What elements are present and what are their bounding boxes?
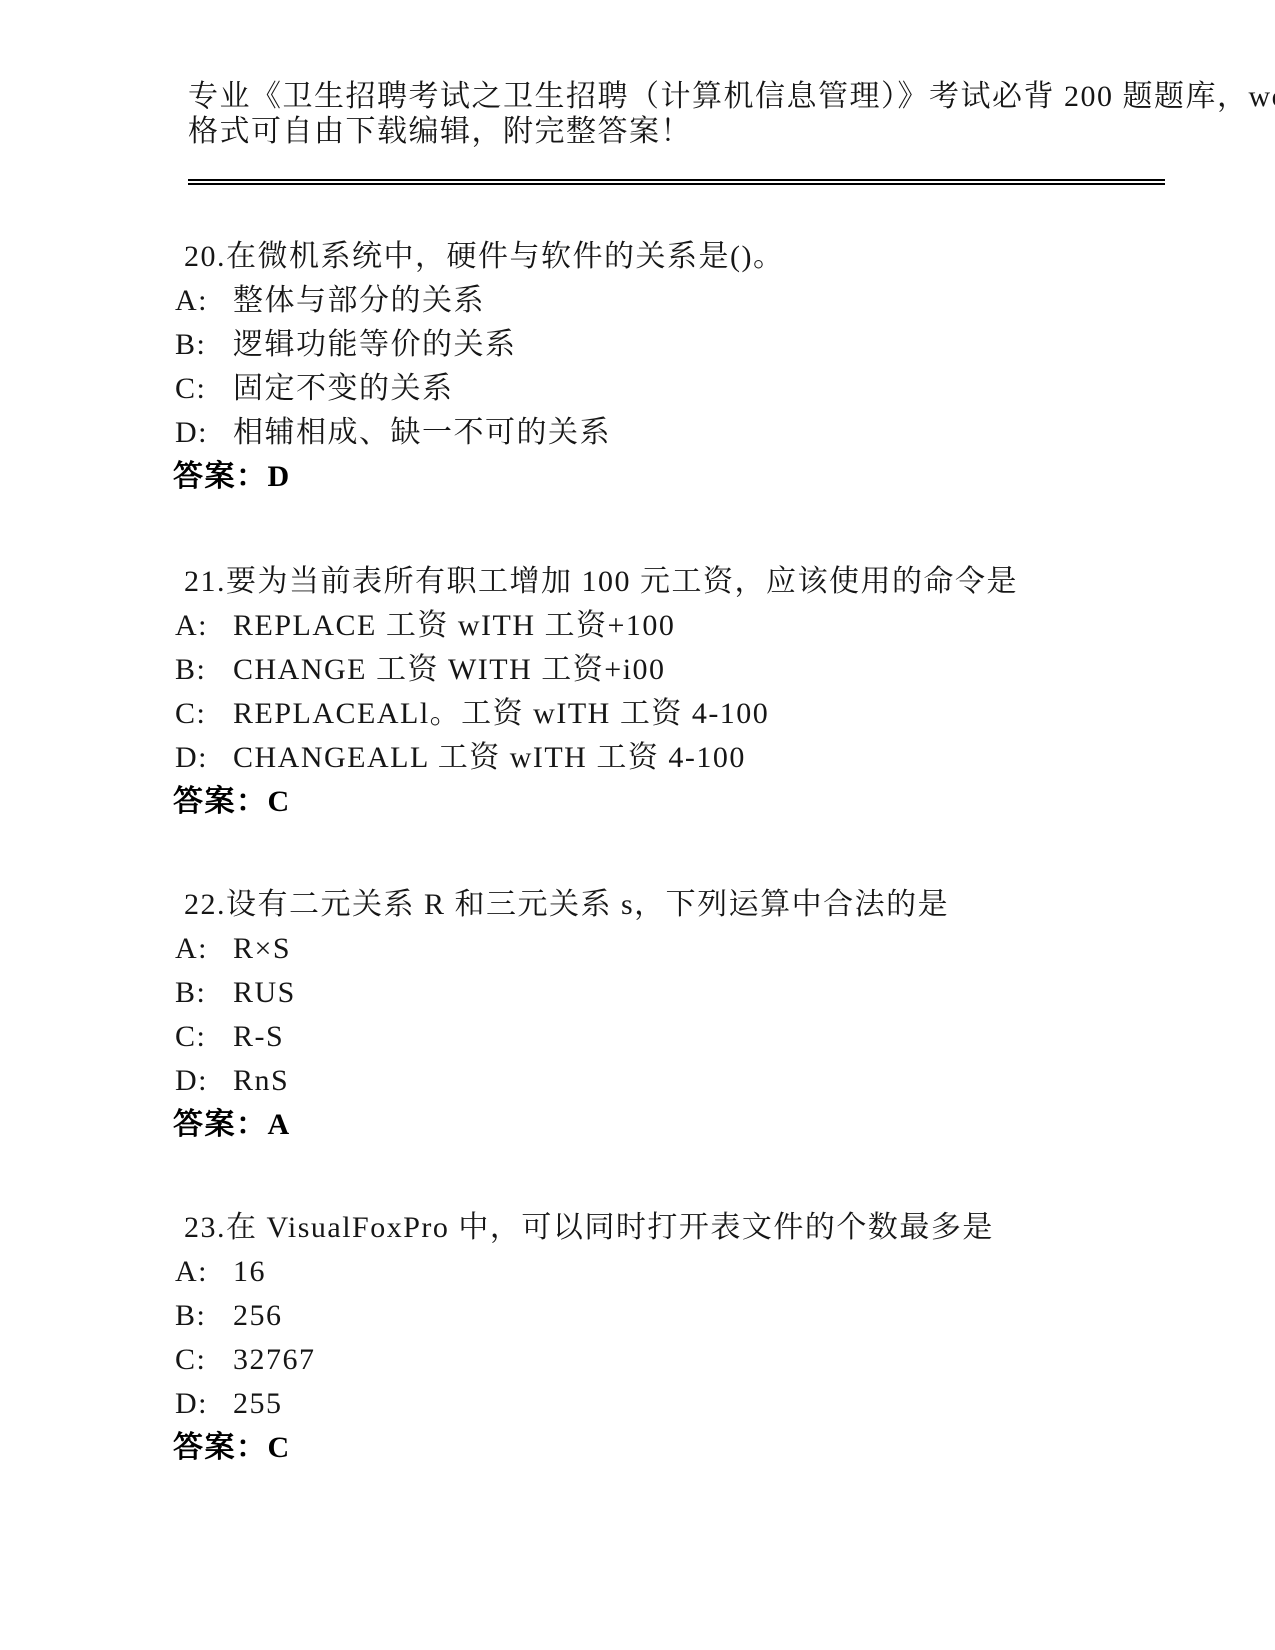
question-20-option-d: D:相辅相成、缺一不可的关系 (175, 418, 611, 448)
question-21-text: 21.要为当前表所有职工增加 100 元工资，应该使用的命令是 (184, 567, 1018, 597)
option-label: A: (175, 286, 233, 316)
question-22-option-a: A:R×S (175, 934, 291, 964)
option-text: 固定不变的关系 (233, 372, 454, 405)
option-label: D: (175, 743, 233, 773)
option-label: D: (175, 418, 233, 448)
option-text: 相辅相成、缺一不可的关系 (233, 416, 611, 449)
option-label: C: (175, 1345, 233, 1375)
option-label: C: (175, 374, 233, 404)
question-23-option-d: D:255 (175, 1389, 283, 1419)
option-label: C: (175, 1022, 233, 1052)
question-23-option-a: A:16 (175, 1257, 266, 1287)
option-label: D: (175, 1066, 233, 1096)
question-22-option-c: C:R-S (175, 1022, 284, 1052)
question-22-option-b: B:RUS (175, 978, 296, 1008)
question-23-answer: 答案：C (173, 1433, 291, 1463)
option-label: A: (175, 1257, 233, 1287)
option-label: B: (175, 655, 233, 685)
header-line-1: 专业《卫生招聘考试之卫生招聘（计算机信息管理）》考试必背 200 题题库，wor… (188, 82, 1275, 112)
option-label: B: (175, 1301, 233, 1331)
option-label: C: (175, 699, 233, 729)
question-21-option-a: A:REPLACE 工资 wITH 工资+100 (175, 611, 675, 641)
option-text: RnS (233, 1064, 289, 1097)
header-divider-rule (188, 179, 1165, 185)
option-text: 16 (233, 1255, 266, 1288)
option-label: D: (175, 1389, 233, 1419)
option-text: CHANGE 工资 WITH 工资+i00 (233, 653, 666, 686)
question-20-answer: 答案：D (173, 462, 291, 492)
question-23-option-c: C:32767 (175, 1345, 316, 1375)
question-21-option-c: C:REPLACEALl。工资 wITH 工资 4-100 (175, 699, 769, 729)
question-21-option-b: B:CHANGE 工资 WITH 工资+i00 (175, 655, 666, 685)
option-text: 逻辑功能等价的关系 (233, 328, 517, 361)
option-text: RUS (233, 976, 296, 1009)
option-text: R×S (233, 932, 291, 965)
option-text: REPLACE 工资 wITH 工资+100 (233, 609, 675, 642)
question-20-text: 20.在微机系统中，硬件与软件的关系是()。 (184, 242, 784, 272)
option-text: 256 (233, 1299, 283, 1332)
option-label: B: (175, 330, 233, 360)
question-20-option-a: A:整体与部分的关系 (175, 286, 485, 316)
question-20-option-b: B:逻辑功能等价的关系 (175, 330, 517, 360)
question-22-option-d: D:RnS (175, 1066, 289, 1096)
option-text: 255 (233, 1387, 283, 1420)
option-label: B: (175, 978, 233, 1008)
question-21-option-d: D:CHANGEALL 工资 wITH 工资 4-100 (175, 743, 746, 773)
question-21-answer: 答案：C (173, 787, 291, 817)
option-text: CHANGEALL 工资 wITH 工资 4-100 (233, 741, 746, 774)
question-22-text: 22.设有二元关系 R 和三元关系 s，下列运算中合法的是 (184, 890, 949, 920)
question-23-text: 23.在 VisualFoxPro 中，可以同时打开表文件的个数最多是 (184, 1213, 994, 1243)
option-text: R-S (233, 1020, 284, 1053)
option-label: A: (175, 934, 233, 964)
question-20-option-c: C:固定不变的关系 (175, 374, 454, 404)
option-label: A: (175, 611, 233, 641)
option-text: REPLACEALl。工资 wITH 工资 4-100 (233, 697, 769, 730)
header-line-2: 格式可自由下载编辑，附完整答案！ (188, 117, 692, 147)
question-22-answer: 答案：A (173, 1110, 291, 1140)
option-text: 整体与部分的关系 (233, 284, 485, 317)
question-23-option-b: B:256 (175, 1301, 283, 1331)
option-text: 32767 (233, 1343, 316, 1376)
document-page: 专业《卫生招聘考试之卫生招聘（计算机信息管理）》考试必背 200 题题库，wor… (0, 0, 1275, 1650)
